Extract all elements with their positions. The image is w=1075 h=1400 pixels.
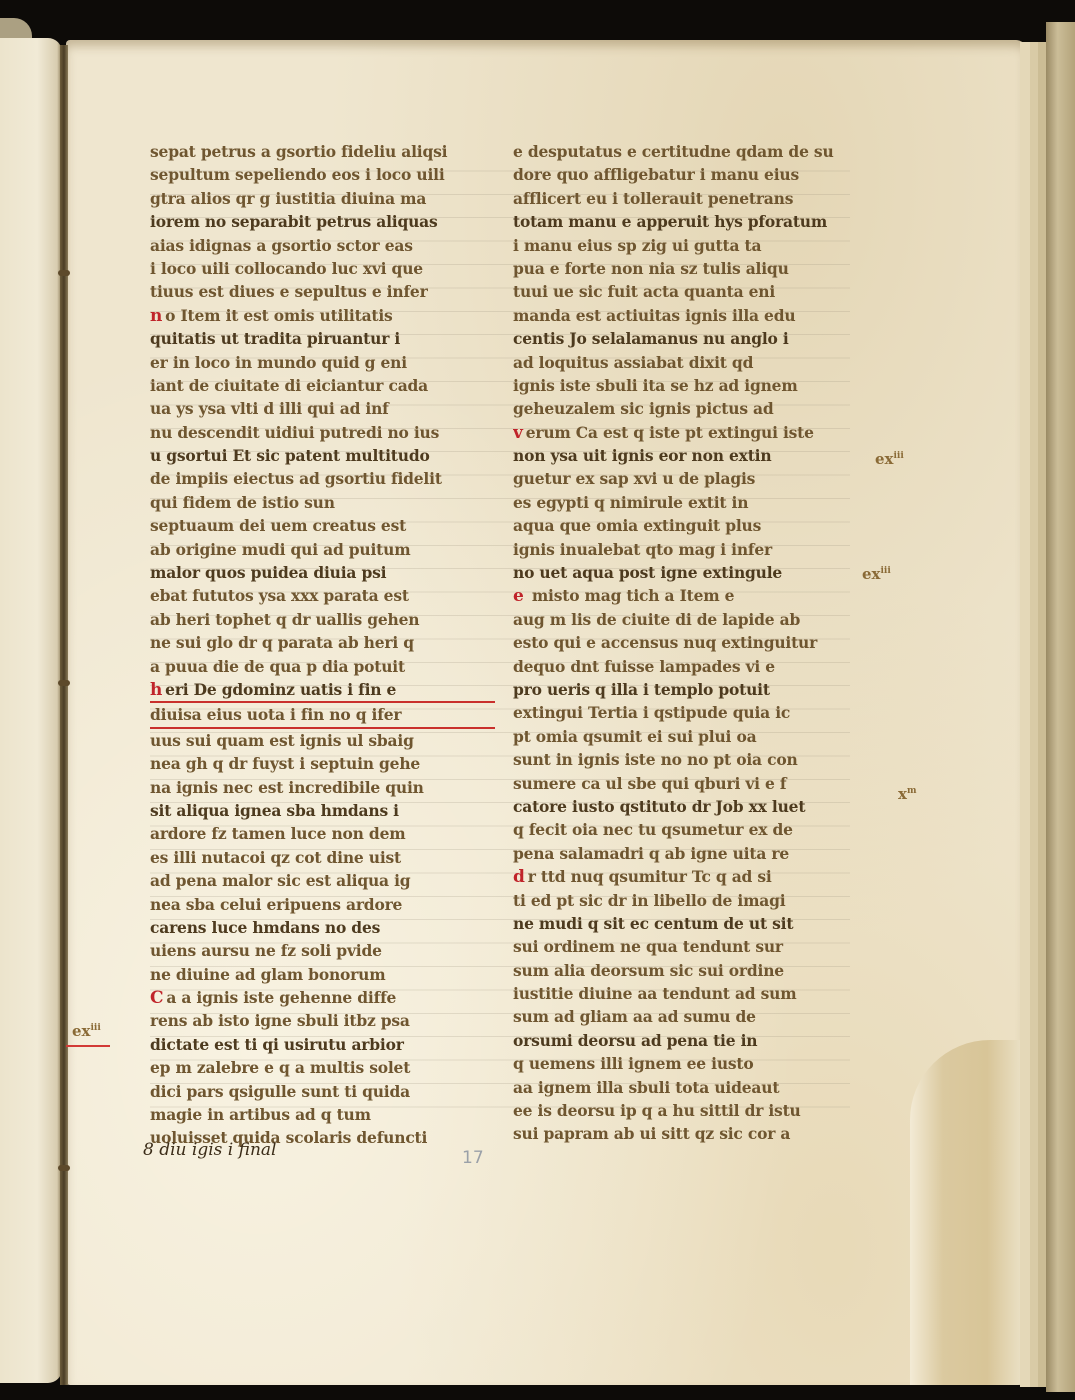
text-line: uiens aursu ne fz soli pvide xyxy=(150,939,495,962)
text-line: catore iusto qstituto dr Job xx luet xyxy=(513,795,858,818)
text-line: e desputatus e certitudne qdam de su xyxy=(513,140,858,163)
marginal-note: exiii xyxy=(875,450,904,468)
text-line: geheuzalem sic ignis pictus ad xyxy=(513,397,858,420)
text-line: ebat fututos ysa xxx parata est xyxy=(150,584,495,607)
binding-gutter xyxy=(60,45,68,1385)
text-line-content: r ttd nuq qsumitur Tc q ad si xyxy=(528,867,772,886)
pencil-folio-mark: 17 xyxy=(462,1148,484,1168)
text-line: magie in artibus ad q tum xyxy=(150,1103,495,1126)
text-line: ab origine mudi qui ad puitum xyxy=(150,538,495,561)
marginal-note: exiii xyxy=(72,1022,101,1040)
text-line: es egypti q nimirule extit in xyxy=(513,491,858,514)
text-line: pua e forte non nia sz tulis aliqu xyxy=(513,257,858,280)
text-line: pro ueris q illa i templo potuit xyxy=(513,678,858,701)
text-line: totam manu e apperuit hys pforatum xyxy=(513,210,858,233)
text-line: ne mudi q sit ec centum de ut sit xyxy=(513,912,858,935)
text-line: rens ab isto igne sbuli itbz psa xyxy=(150,1009,495,1032)
text-line: sum alia deorsum sic sui ordine xyxy=(513,959,858,982)
text-line: ad loquitus assiabat dixit qd xyxy=(513,351,858,374)
text-line: dr ttd nuq qsumitur Tc q ad si xyxy=(513,865,858,888)
text-line: ignis iste sbuli ita se hz ad ignem xyxy=(513,374,858,397)
text-line: ab heri tophet q dr uallis gehen xyxy=(150,608,495,631)
red-initial: h xyxy=(150,679,162,702)
text-line: dore quo affligebatur i manu eius xyxy=(513,163,858,186)
marginal-red-rule xyxy=(66,1045,110,1047)
text-line: sum ad gliam aa ad sumu de xyxy=(513,1005,858,1028)
text-line: esto qui e accensus nuq extinguitur xyxy=(513,631,858,654)
text-line-content: o Item it est omis utilitatis xyxy=(165,306,392,325)
text-line-content: misto mag tich a Item e xyxy=(527,586,735,605)
text-line: dici pars qsigulle sunt ti quida xyxy=(150,1080,495,1103)
red-initial: d xyxy=(513,866,525,888)
text-line: diuisa eius uota i fin no q ifer xyxy=(150,703,495,728)
text-line: aias idignas a gsortio sctor eas xyxy=(150,234,495,257)
text-line: quitatis ut tradita piruantur i xyxy=(150,327,495,350)
text-line: aa ignem illa sbuli tota uideaut xyxy=(513,1076,858,1099)
text-line: sui papram ab ui sitt qz sic cor a xyxy=(513,1122,858,1145)
sewing-thread xyxy=(58,270,70,276)
text-line: q fecit oia nec tu qsumetur ex de xyxy=(513,818,858,841)
text-line: ne sui glo dr q parata ab heri q xyxy=(150,631,495,654)
text-line: septuaum dei uem creatus est xyxy=(150,514,495,537)
text-line: nea sba celui eripuens ardore xyxy=(150,893,495,916)
text-line: orsumi deorsu ad pena tie in xyxy=(513,1029,858,1052)
text-line: i loco uili collocando luc xvi que xyxy=(150,257,495,280)
marginal-note: exiii xyxy=(862,565,891,583)
text-line: iorem no separabit petrus aliquas xyxy=(150,210,495,233)
text-line: i manu eius sp zig ui gutta ta xyxy=(513,234,858,257)
text-line: sui ordinem ne qua tendunt sur xyxy=(513,935,858,958)
text-line: verum Ca est q iste pt extingui iste xyxy=(513,421,858,444)
text-line: ua ys ysa vlti d illi qui ad inf xyxy=(150,397,495,420)
text-column-right: e desputatus e certitudne qdam de sudore… xyxy=(513,140,858,1146)
text-line: ep m zalebre e q a multis solet xyxy=(150,1056,495,1079)
text-line: iustitie diuine aa tendunt ad sum xyxy=(513,982,858,1005)
sewing-thread xyxy=(58,680,70,686)
text-line: q uemens illi ignem ee iusto xyxy=(513,1052,858,1075)
text-line: manda est actiuitas ignis illa edu xyxy=(513,304,858,327)
text-line: ne diuine ad glam bonorum xyxy=(150,963,495,986)
text-line: sit aliqua ignea sba hmdans i xyxy=(150,799,495,822)
text-line: pena salamadri q ab igne uita re xyxy=(513,842,858,865)
footnote-annotation: 8 diu igis i final xyxy=(143,1140,276,1160)
text-line: ignis inualebat qto mag i infer xyxy=(513,538,858,561)
marginal-note: xm xyxy=(898,785,916,803)
red-initial: e xyxy=(513,585,524,607)
text-line: malor quos puidea diuia psi xyxy=(150,561,495,584)
text-line: centis Jo selalamanus nu anglo i xyxy=(513,327,858,350)
text-line: qui fidem de istio sun xyxy=(150,491,495,514)
text-line: nea gh q dr fuyst i septuin gehe xyxy=(150,752,495,775)
text-line: dequo dnt fuisse lampades vi e xyxy=(513,655,858,678)
text-line: tiuus est diues e sepultus e infer xyxy=(150,280,495,303)
text-line: non ysa uit ignis eor non extin xyxy=(513,444,858,467)
text-line: extingui Tertia i qstipude quia ic xyxy=(513,701,858,724)
facing-left-page xyxy=(0,38,62,1383)
text-line: er in loco in mundo quid g eni xyxy=(150,351,495,374)
text-line: aqua que omia extinguit plus xyxy=(513,514,858,537)
text-column-left: sepat petrus a gsortio fideliu aliqsisep… xyxy=(150,140,495,1150)
text-line: Ca a ignis iste gehenne diffe xyxy=(150,986,495,1009)
text-line: pt omia qsumit ei sui plui oa xyxy=(513,725,858,748)
text-line: sunt in ignis iste no no pt oia con xyxy=(513,748,858,771)
text-line: sumere ca ul sbe qui qburi vi e f xyxy=(513,772,858,795)
text-line: sepultum sepeliendo eos i loco uili xyxy=(150,163,495,186)
red-initial: C xyxy=(150,987,163,1009)
text-line: u gsortui Et sic patent multitudo xyxy=(150,444,495,467)
text-line-content: erum Ca est q iste pt extingui iste xyxy=(526,423,814,442)
text-line: gtra alios qr g iustitia diuina ma xyxy=(150,187,495,210)
text-line: heri De gdominz uatis i fin e xyxy=(150,678,495,703)
text-line: ad pena malor sic est aliqua ig xyxy=(150,869,495,892)
text-line: iant de ciuitate di eiciantur cada xyxy=(150,374,495,397)
text-line: na ignis nec est incredibile quin xyxy=(150,776,495,799)
text-line: dictate est ti qi usirutu arbior xyxy=(150,1033,495,1056)
text-line: no uet aqua post igne extingule xyxy=(513,561,858,584)
text-line: ee is deorsu ip q a hu sittil dr istu xyxy=(513,1099,858,1122)
folded-page-corner xyxy=(910,1040,1020,1385)
text-line: tuui ue sic fuit acta quanta eni xyxy=(513,280,858,303)
book-binding-edge xyxy=(1046,22,1075,1392)
text-line: guetur ex sap xvi u de plagis xyxy=(513,467,858,490)
text-line: aug m lis de ciuite di de lapide ab xyxy=(513,608,858,631)
text-line: de impiis eiectus ad gsortiu fidelit xyxy=(150,467,495,490)
text-line: sepat petrus a gsortio fideliu aliqsi xyxy=(150,140,495,163)
text-line: a puua die de qua p dia potuit xyxy=(150,655,495,678)
text-line-content: eri De gdominz uatis i fin e xyxy=(165,680,396,699)
text-line: no Item it est omis utilitatis xyxy=(150,304,495,327)
red-initial: n xyxy=(150,305,162,327)
text-line: nu descendit uidiui putredi no ius xyxy=(150,421,495,444)
text-line-content: a a ignis iste gehenne diffe xyxy=(166,988,396,1007)
text-line: afflicert eu i tollerauit penetrans xyxy=(513,187,858,210)
text-line: uus sui quam est ignis ul sbaig xyxy=(150,729,495,752)
sewing-thread xyxy=(58,1165,70,1171)
text-line: ti ed pt sic dr in libello de imagi xyxy=(513,889,858,912)
text-line: carens luce hmdans no des xyxy=(150,916,495,939)
text-line: es illi nutacoi qz cot dine uist xyxy=(150,846,495,869)
text-line: ardore fz tamen luce non dem xyxy=(150,822,495,845)
red-initial: v xyxy=(513,422,523,444)
text-line: e misto mag tich a Item e xyxy=(513,584,858,607)
